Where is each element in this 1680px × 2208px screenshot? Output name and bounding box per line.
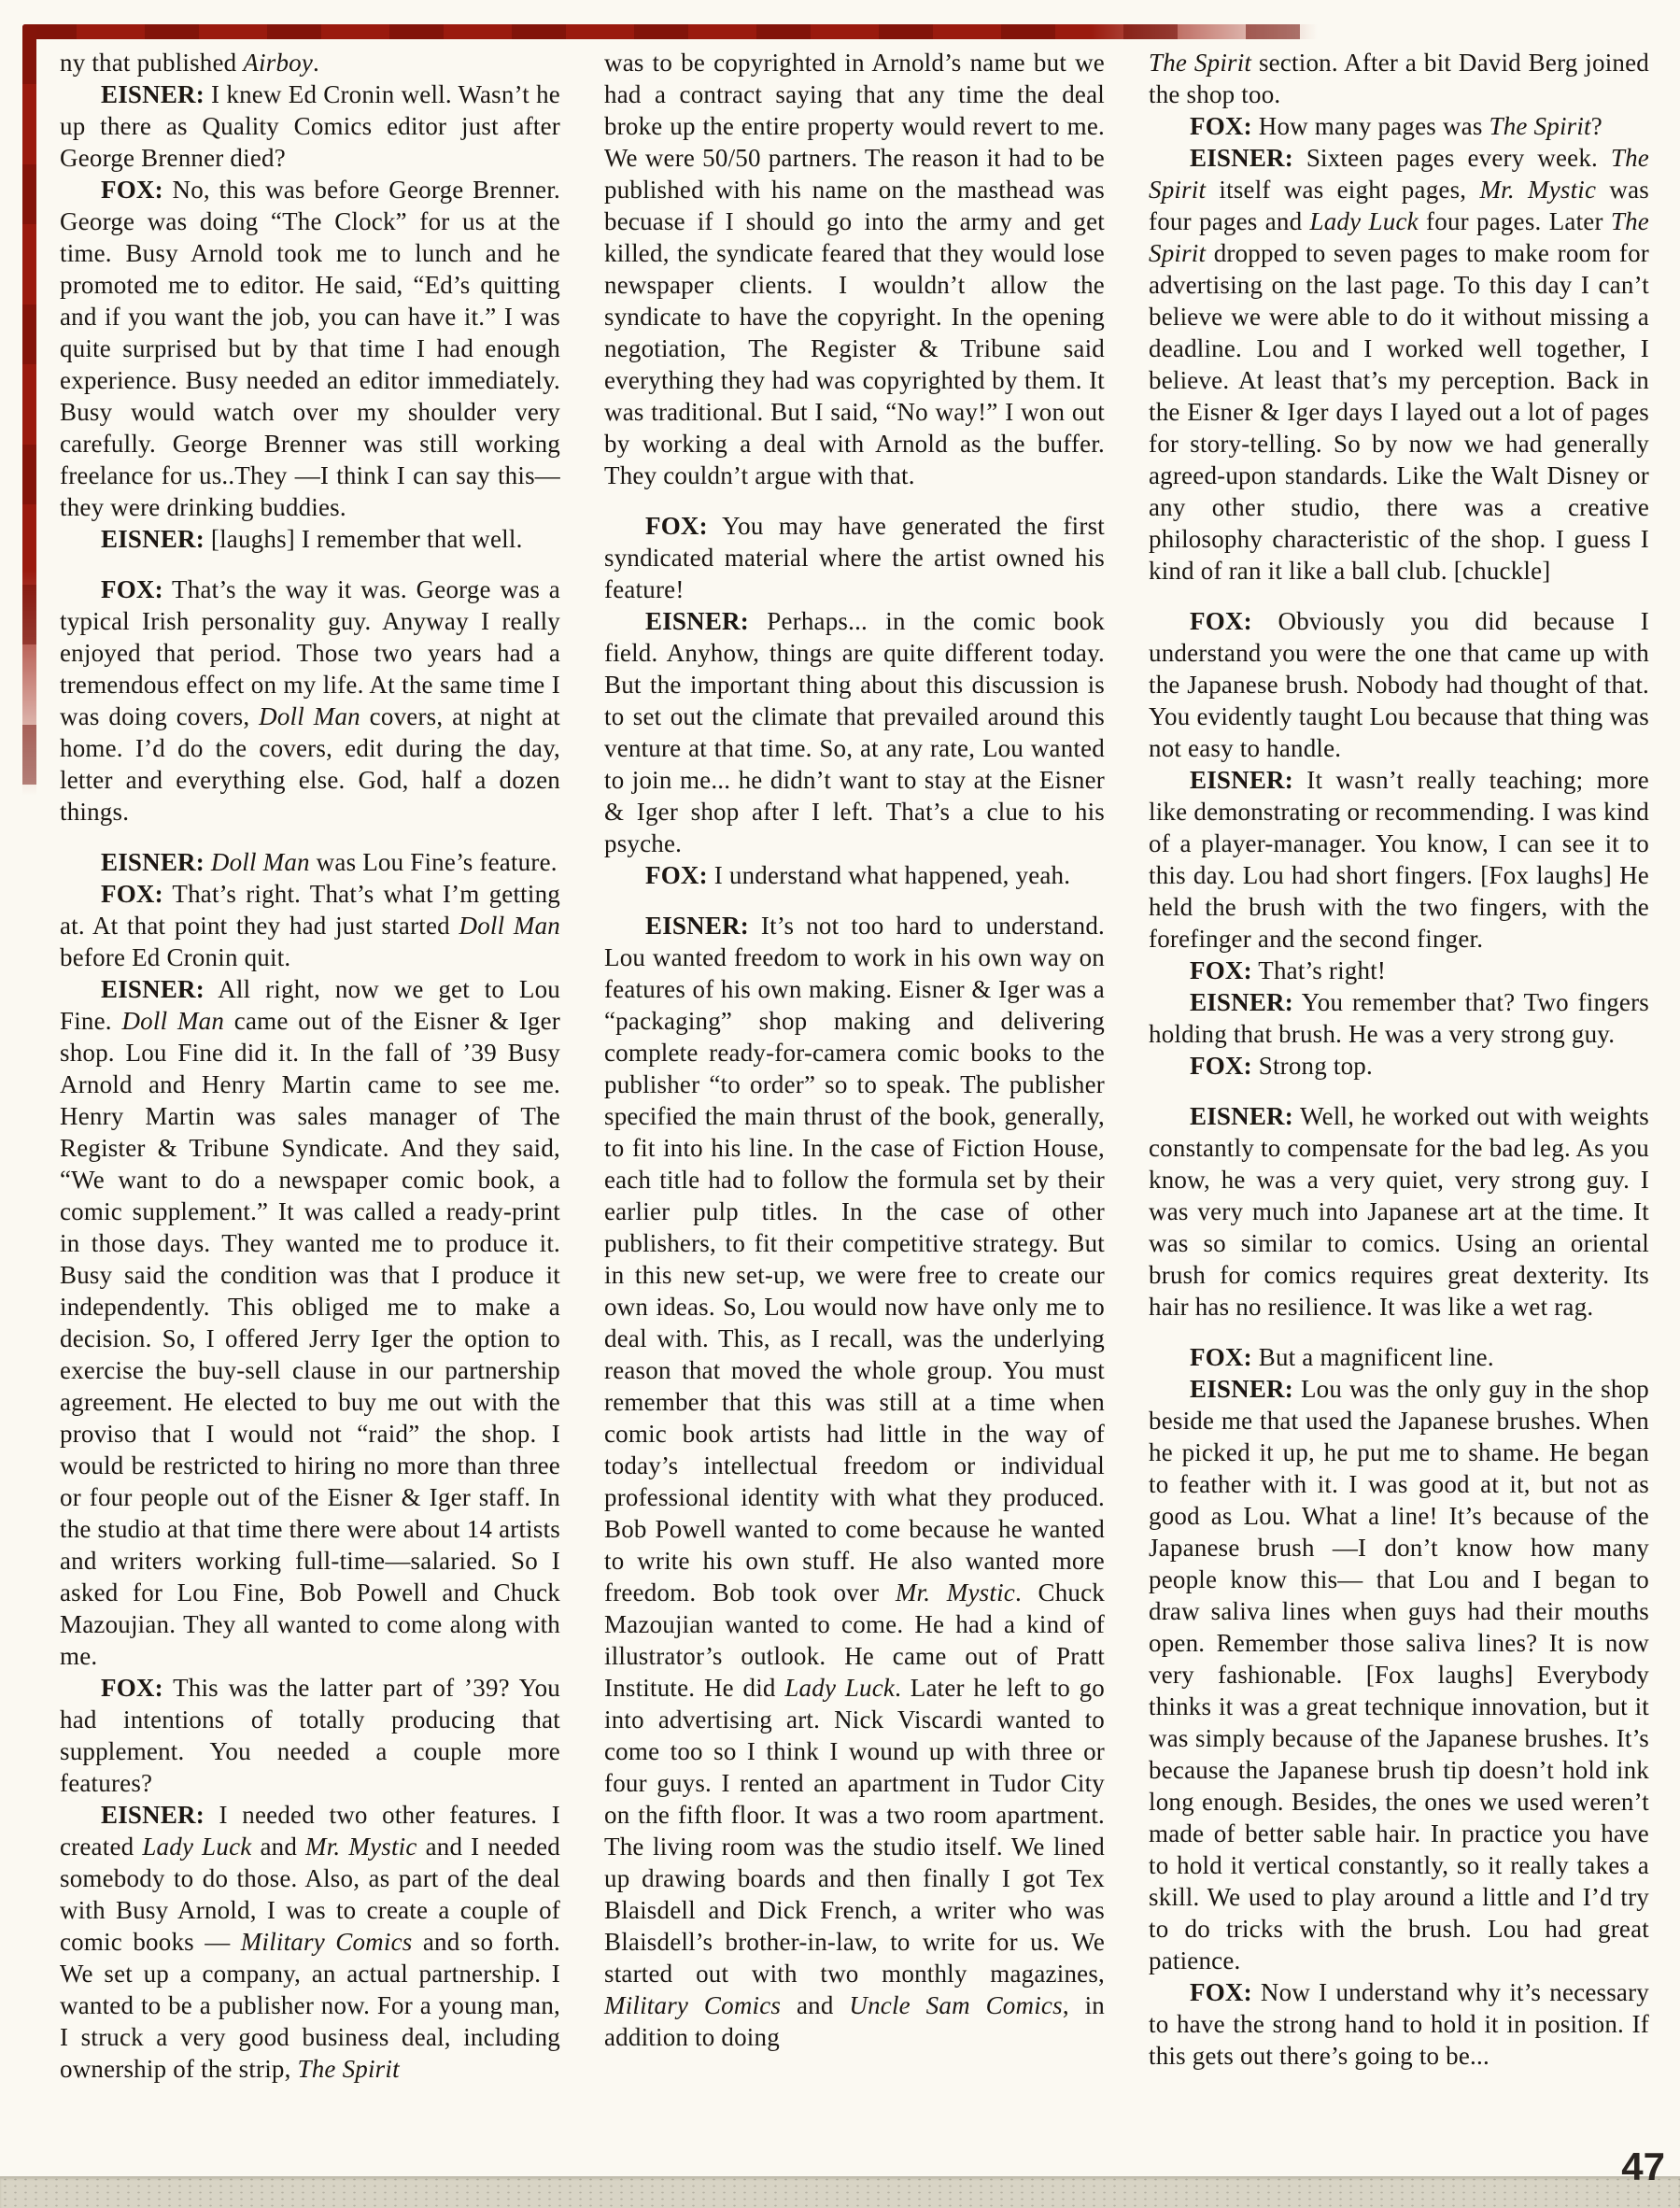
interview-text: ny that published Airboy.EISNER: I knew … <box>60 47 1649 2178</box>
work-title: Mr. Mystic <box>305 1833 417 1861</box>
work-title: Lady Luck <box>784 1674 895 1702</box>
scan-artifact-top-edge <box>22 24 1358 39</box>
work-title: Mr. Mystic <box>896 1578 1015 1606</box>
paragraph: FOX: Now I understand why it’s necessary… <box>1149 1976 1649 2072</box>
paragraph: FOX: You may have generated the first sy… <box>604 510 1105 605</box>
text-run: No, this was before George Brenner. Geor… <box>60 176 560 521</box>
text-run: came out of the Eisner & Iger shop. Lou … <box>60 1007 560 1670</box>
paragraph: EISNER: It’s not too hard to understand.… <box>604 910 1105 2053</box>
paragraph: FOX: That’s right! <box>1149 955 1649 986</box>
text-run: Sixteen pages every week. <box>1293 144 1611 172</box>
paragraph: FOX: This was the latter part of ’39? Yo… <box>60 1672 560 1799</box>
work-title: Doll Man <box>121 1007 224 1035</box>
paragraph: FOX: That’s the way it was. George was a… <box>60 573 560 828</box>
text-run: . <box>313 49 319 77</box>
work-title: The Spirit <box>298 2055 400 2083</box>
work-title: Military Comics <box>241 1928 413 1956</box>
paragraph: EISNER: Lou was the only guy in the shop… <box>1149 1373 1649 1976</box>
text-run: was to be copyrighted in Arnold’s name b… <box>604 49 1105 489</box>
text-run <box>205 848 211 876</box>
text-run: Well, he worked out with weights constan… <box>1149 1102 1649 1321</box>
speaker-label: EISNER: <box>645 912 749 940</box>
speaker-label: EISNER: <box>1190 1375 1293 1403</box>
speaker-label: EISNER: <box>101 975 205 1003</box>
work-title: Airboy <box>243 49 313 77</box>
work-title: Doll Man <box>459 912 561 940</box>
speaker-label: EISNER: <box>101 525 205 553</box>
speaker-label: EISNER: <box>1190 766 1293 794</box>
speaker-label: FOX: <box>101 575 163 603</box>
text-run: That’s right! <box>1252 956 1386 984</box>
speaker-label: FOX: <box>1190 1343 1252 1371</box>
text-run: dropped to seven pages to make room for … <box>1149 239 1649 585</box>
paragraph: EISNER: [laughs] I remember that well. <box>60 523 560 555</box>
work-title: Lady Luck <box>142 1833 251 1861</box>
page-number: 47 <box>1621 2144 1665 2189</box>
text-run: But a magnificent line. <box>1252 1343 1494 1371</box>
text-run: Lou was the only guy in the shop beside … <box>1149 1375 1649 1974</box>
paragraph: EISNER: All right, now we get to Lou Fin… <box>60 973 560 1672</box>
paragraph: EISNER: You remember that? Two fingers h… <box>1149 986 1649 1050</box>
text-column-3: The Spirit section. After a bit David Be… <box>1149 47 1649 2178</box>
paragraph: FOX: No, this was before George Brenner.… <box>60 174 560 523</box>
work-title: Doll Man <box>259 702 360 730</box>
text-run: was Lou Fine’s feature. <box>310 848 558 876</box>
paragraph: FOX: Strong top. <box>1149 1050 1649 1082</box>
speaker-label: FOX: <box>1190 1978 1252 2006</box>
work-title: Doll Man <box>211 848 310 876</box>
work-title: Uncle Sam Comics <box>849 1991 1062 2019</box>
paragraph: The Spirit section. After a bit David Be… <box>1149 47 1649 110</box>
speaker-label: FOX: <box>1190 607 1252 635</box>
speaker-label: EISNER: <box>1190 1102 1293 1130</box>
speaker-label: FOX: <box>645 512 708 540</box>
speaker-label: FOX: <box>101 176 163 204</box>
work-title: Lady Luck <box>1310 207 1419 235</box>
paragraph: EISNER: Doll Man was Lou Fine’s feature. <box>60 846 560 878</box>
paragraph: FOX: Obviously you did because I underst… <box>1149 605 1649 764</box>
speaker-label: FOX: <box>1190 1052 1252 1080</box>
text-run: ny that published <box>60 49 243 77</box>
text-run: [laughs] I remember that well. <box>205 525 523 553</box>
paragraph: EISNER: I knew Ed Cronin well. Wasn’t he… <box>60 78 560 174</box>
paragraph: ny that published Airboy. <box>60 47 560 78</box>
speaker-label: EISNER: <box>101 1801 205 1829</box>
text-run: itself was eight pages, <box>1206 176 1479 204</box>
speaker-label: FOX: <box>1190 112 1252 140</box>
speaker-label: FOX: <box>1190 956 1252 984</box>
text-run: It’s not too hard to understand. Lou wan… <box>604 912 1105 1606</box>
text-run: How many pages was <box>1252 112 1489 140</box>
text-run: and <box>781 1991 849 2019</box>
speaker-label: EISNER: <box>101 80 205 108</box>
paragraph: EISNER: Sixteen pages every week. The Sp… <box>1149 142 1649 587</box>
speaker-label: EISNER: <box>1190 144 1293 172</box>
speaker-label: FOX: <box>101 1674 163 1702</box>
paragraph: EISNER: It wasn’t really teaching; more … <box>1149 764 1649 955</box>
work-title: The Spirit <box>1149 49 1251 77</box>
text-run: Perhaps... in the comic book field. Anyh… <box>604 607 1105 857</box>
paragraph: FOX: How many pages was The Spirit? <box>1149 110 1649 142</box>
paragraph: FOX: But a magnificent line. <box>1149 1341 1649 1373</box>
work-title: Military Comics <box>604 1991 781 2019</box>
speaker-label: FOX: <box>101 880 163 908</box>
work-title: Mr. Mystic <box>1479 176 1596 204</box>
speaker-label: FOX: <box>645 861 708 889</box>
speaker-label: EISNER: <box>101 848 205 876</box>
text-run: ? <box>1591 112 1602 140</box>
text-column-1: ny that published Airboy.EISNER: I knew … <box>60 47 560 2178</box>
text-run: It wasn’t really teaching; more like dem… <box>1149 766 1649 953</box>
paragraph: EISNER: Well, he worked out with weights… <box>1149 1100 1649 1323</box>
text-run: I understand what happened, yeah. <box>708 861 1070 889</box>
work-title: The Spirit <box>1489 112 1591 140</box>
scan-artifact-bottom-band <box>0 2176 1680 2208</box>
scan-artifact-left-edge <box>22 24 36 828</box>
speaker-label: EISNER: <box>645 607 749 635</box>
text-run: Strong top. <box>1252 1052 1373 1080</box>
text-run: before Ed Cronin quit. <box>60 943 290 971</box>
paragraph: EISNER: I needed two other features. I c… <box>60 1799 560 2085</box>
paragraph: was to be copyrighted in Arnold’s name b… <box>604 47 1105 491</box>
text-run: and <box>251 1833 305 1861</box>
text-column-2: was to be copyrighted in Arnold’s name b… <box>604 47 1105 2178</box>
paragraph: FOX: That’s right. That’s what I’m getti… <box>60 878 560 973</box>
paragraph: EISNER: Perhaps... in the comic book fie… <box>604 605 1105 859</box>
text-run: . Later he left to go into advertising a… <box>604 1674 1105 1988</box>
speaker-label: EISNER: <box>1190 988 1293 1016</box>
paragraph: FOX: I understand what happened, yeah. <box>604 859 1105 891</box>
magazine-page-scan: ny that published Airboy.EISNER: I knew … <box>0 0 1680 2208</box>
text-run: four pages. Later <box>1419 207 1611 235</box>
